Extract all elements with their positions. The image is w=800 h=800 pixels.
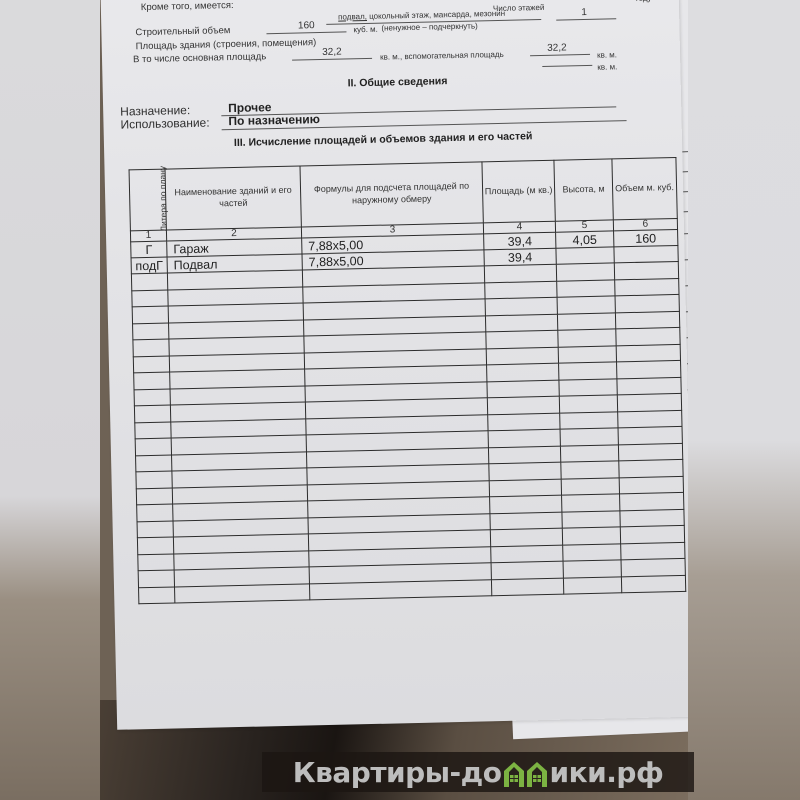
construction-volume-value: 160 [266,19,346,32]
area-volume-table: Литера по плану Наименование зданий и ег… [129,157,687,604]
cell-height [556,247,614,264]
options-note: (ненужное – подчеркнуть) [381,21,478,32]
col-header-volume: Объем м. куб. [612,157,677,219]
document-photo: в ссоло м Кроме того, имеется: году подв… [100,0,688,800]
section-3-title: III. Исчисление площадей и объемов здани… [234,130,533,149]
cell-letter: Г [131,241,167,258]
usage-label: Использование: [120,116,209,132]
construction-volume-unit: куб. м. [353,25,378,35]
floors-value: 1 [569,7,599,19]
main-area-value: 32,2 [292,46,372,59]
col-header-letter: Литера по плану [129,169,166,231]
cell-area: 39,4 [484,248,556,266]
cell-height: 4,05 [556,231,614,248]
cell-volume: 160 [614,229,678,246]
construction-volume-label: Строительный объем [135,25,230,38]
area-unit-2: кв. м. [597,50,617,59]
cell-area: 39,4 [484,232,556,250]
document-page: Кроме того, имеется: году подвал, цоколь… [100,0,688,730]
houses-logo-icon [503,757,549,787]
year-suffix: году [636,0,652,3]
cell-letter: подГ [131,257,167,274]
watermark-text-end: ики.рф [550,756,664,789]
building-area-label: Площадь здания (строения, помещения) [136,37,317,52]
area-unit-3: кв. м. [597,62,617,71]
usage-value: По назначению [228,112,320,128]
col-header-name: Наименование зданий и его частей [165,166,301,230]
watermark-text-start: Квартиры-до [293,756,502,789]
aux-area-value: 32,2 [537,42,577,54]
section-2-title: II. Общие сведения [348,75,448,89]
main-area-label: В то числе основная площадь [133,51,266,65]
watermark-banner: Квартиры-до ики.рф [262,752,694,792]
floors-label: Число этажей [493,3,545,13]
background-blur-left [0,0,100,800]
col-header-formula: Формулы для подсчета площадей по наружно… [300,162,483,227]
col-header-area: Площадь (м кв.) [482,160,555,223]
col-header-height: Высота, м [554,159,613,221]
cell-volume [614,245,678,262]
area-unit-aux-label: кв. м., вспомогательная площадь [380,50,504,62]
also-has-label: Кроме того, имеется: [141,0,234,13]
background-blur-right [688,0,800,800]
